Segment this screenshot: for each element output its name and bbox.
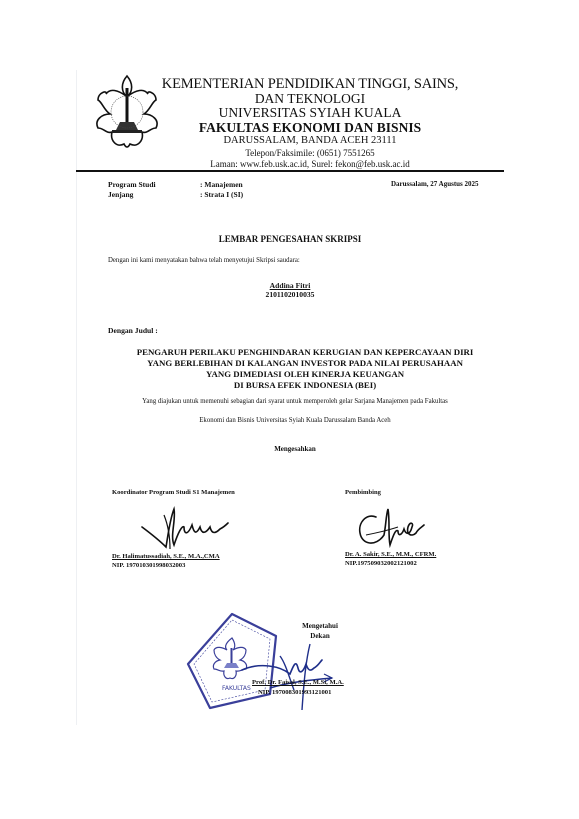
place-date: Darussalam, 27 Agustus 2025 (391, 180, 479, 188)
supervisor-role: Pembimbing (345, 489, 381, 496)
thesis-title-line: PENGARUH PERILAKU PENGHINDARAN KERUGIAN … (110, 347, 500, 358)
coordinator-signature-icon (140, 505, 230, 553)
letterhead-faculty: FAKULTAS EKONOMI DAN BISNIS (140, 120, 480, 136)
letterhead-phone: Telepon/Faksimile: (0651) 7551265 (140, 148, 480, 158)
judul-label: Dengan Judul : (108, 326, 158, 335)
document-title: LEMBAR PENGESAHAN SKRIPSI (76, 234, 504, 244)
supervisor-name: Dr. A. Sakir, S.E., M.M., CFRM. (345, 551, 436, 558)
intro-text: Dengan ini kami menyatakan bahwa telah m… (108, 257, 300, 264)
coordinator-name: Dr. Halimatussadiah, S.E., M.A.,CMA (112, 553, 220, 560)
letterhead-divider (76, 170, 504, 172)
purpose-line-1: Yang diajukan untuk memenuhi sebagian da… (80, 398, 510, 405)
supervisor-signature-icon (356, 505, 426, 553)
letterhead-web-email: Laman: www.feb.usk.ac.id, Surel: fekon@f… (140, 159, 480, 169)
thesis-title: PENGARUH PERILAKU PENGHINDARAN KERUGIAN … (110, 347, 500, 391)
dean-name: Prof. Dr. Faisal, S.E., M.Si, M.A. (252, 679, 344, 686)
thesis-title-line: DI BURSA EFEK INDONESIA (BEI) (110, 380, 500, 391)
level-value: : Strata I (SI) (200, 190, 243, 199)
coordinator-nip: NIP. 197010301998032003 (112, 562, 185, 569)
level-label: Jenjang (108, 190, 133, 199)
dean-role-line-1: Mengetahui (290, 622, 350, 630)
purpose-line-2: Ekonomi dan Bisnis Universitas Syiah Kua… (80, 417, 510, 424)
approval-label: Mengesahkan (80, 445, 510, 453)
thesis-title-line: YANG BERLEBIHAN DI KALANGAN INVESTOR PAD… (110, 358, 500, 369)
student-name: Addina Fitri (270, 281, 311, 290)
letterhead-university: UNIVERSITAS SYIAH KUALA (140, 105, 480, 121)
student-id: 2101102010035 (76, 290, 504, 299)
program-value: : Manajemen (200, 180, 243, 189)
dean-role-line-2: Dekan (290, 632, 350, 640)
supervisor-nip: NIP.197509032002121002 (345, 560, 417, 567)
letterhead-address: DARUSSALAM, BANDA ACEH 23111 (140, 135, 480, 146)
thesis-title-line: YANG DIMEDIASI OLEH KINERJA KEUANGAN (110, 369, 500, 380)
coordinator-role: Koordinator Program Studi S1 Manajemen (112, 489, 235, 496)
program-label: Program Studi (108, 180, 156, 189)
dean-nip: NIP. 197008301993121001 (258, 689, 331, 696)
